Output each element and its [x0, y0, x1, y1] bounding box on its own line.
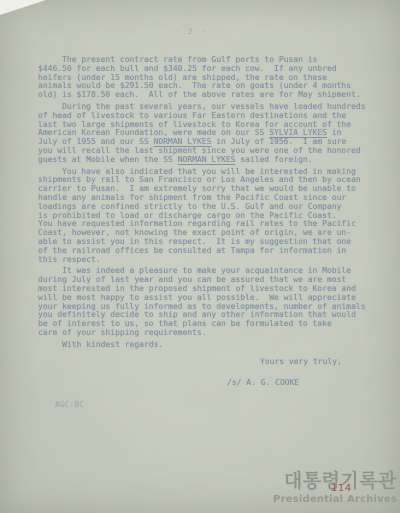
page-number: - 2 - — [0, 27, 382, 36]
letter-body: The present contract rate from Gulf port… — [38, 56, 370, 410]
closing-regards: With kindest regards. — [38, 341, 370, 350]
line-text: in July of 1956. I am sure — [211, 137, 346, 146]
archive-stamp-number: 114 — [331, 483, 352, 494]
text-line: care of your shipping requirements. — [38, 329, 370, 338]
scan-corner-fold — [0, 0, 46, 15]
ship-name: NORMAN LYKES — [178, 155, 236, 164]
ship-name: NORMAN LYKES — [154, 137, 212, 146]
paragraph-acquaintance: It was indeed a pleasure to make your ac… — [38, 267, 370, 337]
text-line: this respect. — [38, 256, 370, 265]
signature-line: /s/ A. G. COOKE — [227, 379, 370, 388]
valediction: Yours very truly, — [260, 358, 370, 367]
paragraph-pacific-coast: You have also indicated that you will be… — [38, 168, 370, 265]
text-line: old) is $178.50 each. All of the above r… — [38, 91, 370, 100]
archives-watermark-english: Presidential Archives — [273, 494, 397, 505]
letter-page: - 2 - The present contract rate from Gul… — [0, 0, 400, 513]
typist-initials: AGC:BC — [55, 401, 370, 410]
line-text: sailed foreign. — [235, 155, 312, 164]
paragraph-rates: The present contract rate from Gulf port… — [38, 56, 370, 100]
text-line: guests at Mobile when the SS NORMAN LYKE… — [38, 156, 370, 165]
paragraph-vessels: During the past several years, our vesse… — [38, 103, 370, 165]
line-text: July of 1955 and our SS — [38, 137, 154, 146]
line-text: guests at Mobile when the SS — [38, 155, 178, 164]
